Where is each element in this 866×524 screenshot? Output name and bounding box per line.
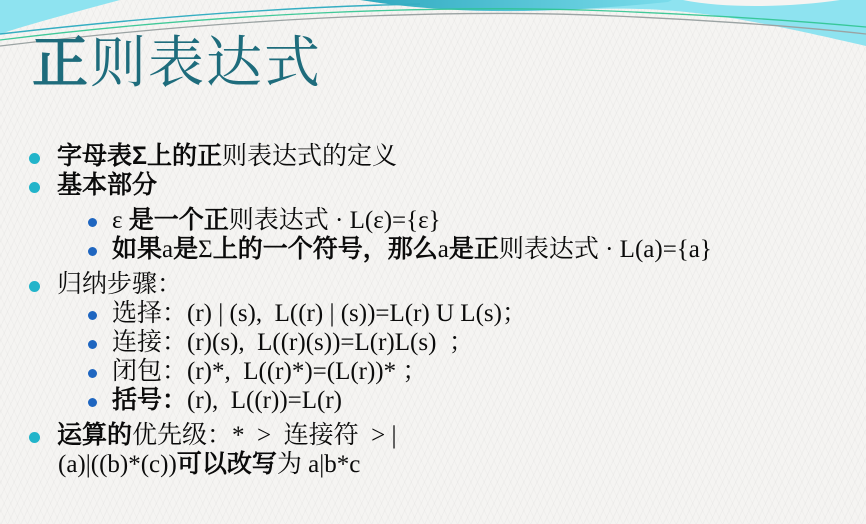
text-segment: (r), L((r))=L(r) bbox=[187, 387, 342, 414]
continuation-line: (a)|((b)*(c))可以改写为 a|b*c bbox=[0, 450, 860, 479]
bullet-line: 字母表Σ上的正则表达式的定义 bbox=[0, 142, 860, 171]
bullet-line: 运算的优先级：* > 连接符 > | bbox=[0, 421, 860, 450]
text-segment: 基本部分 bbox=[57, 171, 157, 199]
text-segment: a bbox=[438, 236, 449, 263]
page-title-rest: 则表达式 bbox=[90, 31, 322, 94]
text-segment: 优先级： bbox=[132, 422, 232, 449]
wave-right-shape bbox=[362, 0, 866, 46]
bullet-icon bbox=[88, 247, 97, 256]
text-segment: 则表达式的定义 bbox=[222, 143, 397, 170]
text-segment: (r)*, L((r)*)=(L(r))* ； bbox=[187, 358, 427, 385]
bullet-icon bbox=[29, 432, 40, 443]
bullet-icon bbox=[88, 340, 97, 349]
text-segment: 则表达式 bbox=[229, 207, 329, 234]
text-segment: 字母表Σ上的正 bbox=[57, 142, 222, 170]
bullet-icon bbox=[88, 218, 97, 227]
bullet-icon bbox=[88, 311, 97, 320]
bullet-icon bbox=[29, 153, 40, 164]
text-segment: Σ bbox=[198, 236, 213, 263]
bullet-icon bbox=[29, 182, 40, 193]
bullet-icon bbox=[88, 369, 97, 378]
text-segment: (a)|((b)*(c)) bbox=[58, 451, 177, 478]
text-segment: · L(a)={a} bbox=[599, 236, 712, 263]
text-segment: 括号： bbox=[112, 386, 187, 414]
bullet-line: 归纳步骤： bbox=[0, 270, 860, 299]
page-title: 正则表达式 bbox=[32, 30, 322, 96]
text-segment: 运算的 bbox=[57, 421, 132, 449]
bullet-icon bbox=[88, 398, 97, 407]
text-segment: · L(ε)={ε} bbox=[329, 207, 441, 234]
bullet-line: ε 是一个正则表达式 · L(ε)={ε} bbox=[0, 206, 860, 235]
text-segment: ε bbox=[112, 207, 129, 234]
wave-dark-swoosh bbox=[360, 0, 672, 11]
text-segment: a bbox=[162, 236, 173, 263]
text-segment: (r) | (s), L((r) | (s))=L(r) U L(s)； bbox=[187, 300, 527, 327]
bullet-line: 基本部分 bbox=[0, 171, 860, 200]
slide-body: 字母表Σ上的正则表达式的定义基本部分ε 是一个正则表达式 · L(ε)={ε}如… bbox=[0, 142, 860, 479]
wave-crest-notch bbox=[683, 0, 840, 6]
text-segment: 可以改写 bbox=[177, 450, 277, 478]
slide: { "slide": { "title": { "bold_part": "正"… bbox=[0, 0, 866, 524]
page-title-bold: 正 bbox=[32, 31, 90, 94]
wave-left-shape bbox=[0, 0, 120, 34]
bullet-line: 括号：(r), L((r))=L(r) bbox=[0, 386, 860, 415]
text-segment: 上的一个符号，那么 bbox=[213, 235, 438, 263]
text-segment: 为 bbox=[277, 451, 302, 478]
bullet-line: 闭包：(r)*, L((r)*)=(L(r))* ； bbox=[0, 357, 860, 386]
text-segment: 选择： bbox=[112, 300, 187, 327]
bullet-line: 连接：(r)(s), L((r)(s))=L(r)L(s) ； bbox=[0, 328, 860, 357]
text-segment: 如果 bbox=[112, 235, 162, 263]
text-segment: a|b*c bbox=[302, 451, 360, 478]
text-segment: 闭包： bbox=[112, 358, 187, 385]
bullet-line: 如果a是Σ上的一个符号，那么a是正则表达式 · L(a)={a} bbox=[0, 235, 860, 264]
bullet-icon bbox=[29, 281, 40, 292]
text-segment: 是一个正 bbox=[129, 206, 229, 234]
text-segment: (r)(s), L((r)(s))=L(r)L(s) ； bbox=[187, 329, 474, 356]
text-segment: 连接： bbox=[112, 329, 187, 356]
text-segment: 则表达式 bbox=[499, 236, 599, 263]
text-segment: 归纳步骤： bbox=[57, 271, 182, 298]
text-segment: * > 连接符 > | bbox=[232, 422, 396, 449]
text-segment: 是正 bbox=[449, 235, 499, 263]
bullet-line: 选择：(r) | (s), L((r) | (s))=L(r) U L(s)； bbox=[0, 299, 860, 328]
text-segment: 是 bbox=[173, 235, 198, 263]
